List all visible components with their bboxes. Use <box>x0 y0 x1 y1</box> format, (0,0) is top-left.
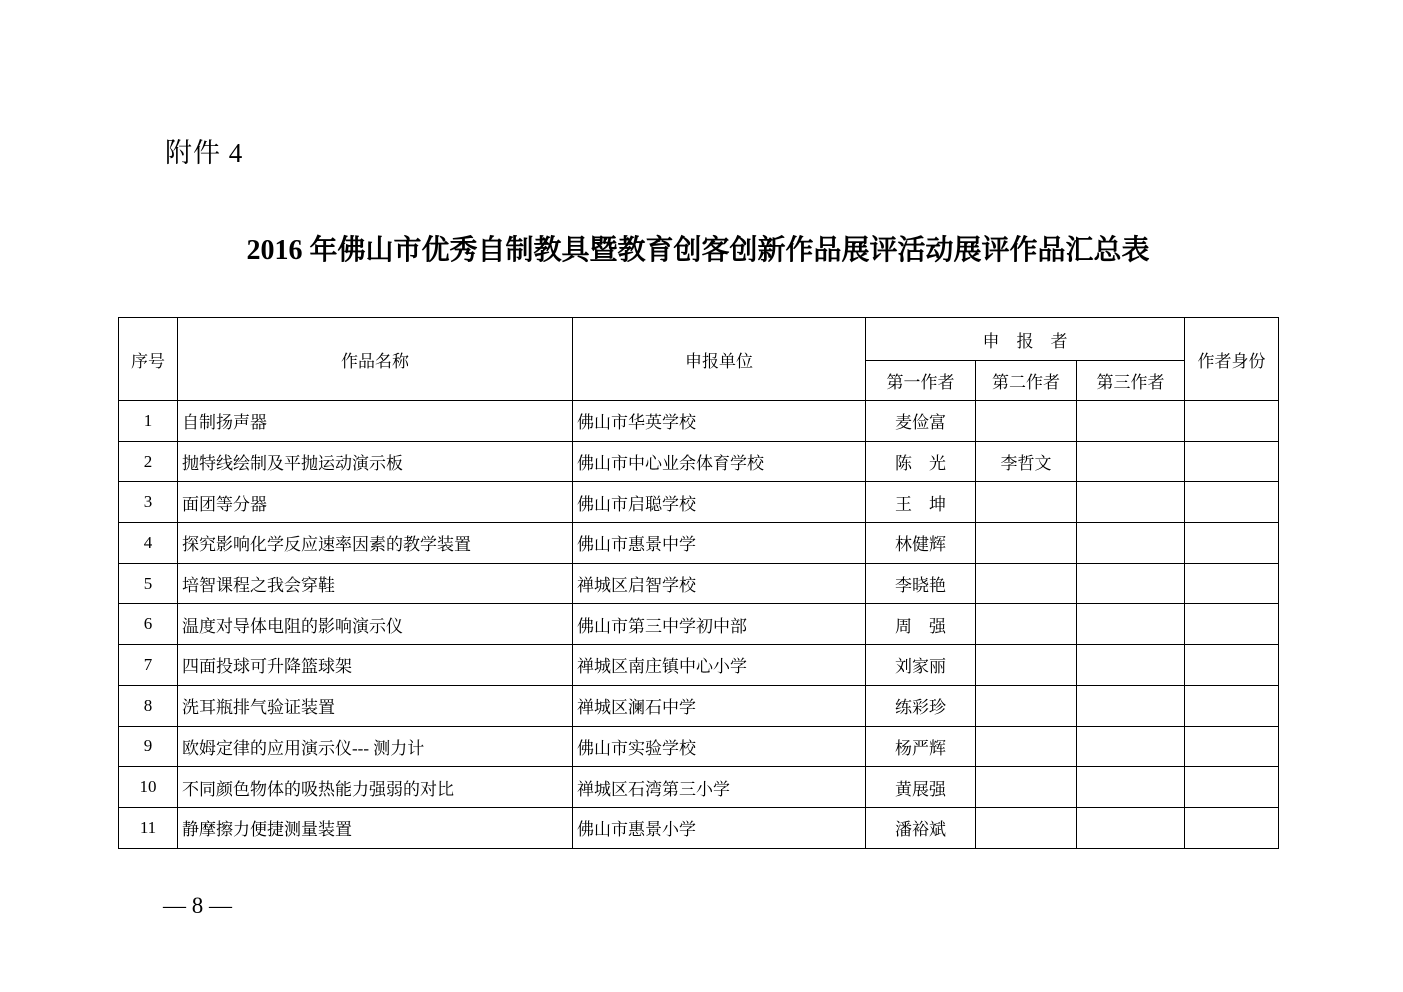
unit-cell: 禅城区石湾第三小学 <box>573 767 866 808</box>
third-author-cell <box>1077 482 1185 523</box>
work-name-cell: 欧姆定律的应用演示仪--- 测力计 <box>178 726 573 767</box>
table-row: 7 四面投球可升降篮球架 禅城区南庄镇中心小学 刘家丽 <box>119 645 1279 686</box>
row-number-cell: 10 <box>119 767 178 808</box>
table-row: 8 洗耳瓶排气验证装置 禅城区澜石中学 练彩珍 <box>119 685 1279 726</box>
second-author-cell <box>976 523 1077 564</box>
work-name-cell: 抛特线绘制及平抛运动演示板 <box>178 441 573 482</box>
table-body: 1 自制扬声器 佛山市华英学校 麦俭富 2 抛特线绘制及平抛运动演示板 佛山市中… <box>119 401 1279 849</box>
identity-cell <box>1185 523 1279 564</box>
identity-cell <box>1185 726 1279 767</box>
unit-cell: 佛山市惠景中学 <box>573 523 866 564</box>
row-number-cell: 4 <box>119 523 178 564</box>
row-number-cell: 3 <box>119 482 178 523</box>
third-author-cell <box>1077 441 1185 482</box>
third-author-cell <box>1077 767 1185 808</box>
unit-cell: 禅城区澜石中学 <box>573 685 866 726</box>
first-author-cell: 周 强 <box>866 604 976 645</box>
first-author-cell: 潘裕斌 <box>866 807 976 848</box>
table-row: 1 自制扬声器 佛山市华英学校 麦俭富 <box>119 401 1279 442</box>
header-no: 序号 <box>119 318 178 401</box>
second-author-cell <box>976 604 1077 645</box>
unit-cell: 佛山市惠景小学 <box>573 807 866 848</box>
third-author-cell <box>1077 807 1185 848</box>
row-number-cell: 5 <box>119 563 178 604</box>
row-number-cell: 2 <box>119 441 178 482</box>
identity-cell <box>1185 441 1279 482</box>
first-author-cell: 陈 光 <box>866 441 976 482</box>
third-author-cell <box>1077 563 1185 604</box>
identity-cell <box>1185 767 1279 808</box>
first-author-cell: 王 坤 <box>866 482 976 523</box>
third-author-cell <box>1077 604 1185 645</box>
work-name-cell: 培智课程之我会穿鞋 <box>178 563 573 604</box>
table-row: 4 探究影响化学反应速率因素的教学装置 佛山市惠景中学 林健辉 <box>119 523 1279 564</box>
identity-cell <box>1185 563 1279 604</box>
table-row: 6 温度对导体电阻的影响演示仪 佛山市第三中学初中部 周 强 <box>119 604 1279 645</box>
table-row: 2 抛特线绘制及平抛运动演示板 佛山市中心业余体育学校 陈 光 李哲文 <box>119 441 1279 482</box>
row-number-cell: 8 <box>119 685 178 726</box>
first-author-cell: 黄展强 <box>866 767 976 808</box>
unit-cell: 佛山市华英学校 <box>573 401 866 442</box>
work-name-cell: 静摩擦力便捷测量装置 <box>178 807 573 848</box>
header-work-name: 作品名称 <box>178 318 573 401</box>
row-number-cell: 1 <box>119 401 178 442</box>
first-author-cell: 李晓艳 <box>866 563 976 604</box>
second-author-cell <box>976 645 1077 686</box>
first-author-cell: 杨严辉 <box>866 726 976 767</box>
row-number-cell: 7 <box>119 645 178 686</box>
second-author-cell <box>976 482 1077 523</box>
third-author-cell <box>1077 645 1185 686</box>
row-number-cell: 11 <box>119 807 178 848</box>
third-author-cell <box>1077 401 1185 442</box>
unit-cell: 佛山市中心业余体育学校 <box>573 441 866 482</box>
work-name-cell: 探究影响化学反应速率因素的教学装置 <box>178 523 573 564</box>
second-author-cell <box>976 401 1077 442</box>
work-name-cell: 洗耳瓶排气验证装置 <box>178 685 573 726</box>
table-row: 5 培智课程之我会穿鞋 禅城区启智学校 李晓艳 <box>119 563 1279 604</box>
header-applicants-group: 申 报 者 <box>866 318 1185 361</box>
identity-cell <box>1185 807 1279 848</box>
table-row: 11 静摩擦力便捷测量装置 佛山市惠景小学 潘裕斌 <box>119 807 1279 848</box>
unit-cell: 佛山市启聪学校 <box>573 482 866 523</box>
identity-cell <box>1185 645 1279 686</box>
header-first-author: 第一作者 <box>866 361 976 401</box>
second-author-cell: 李哲文 <box>976 441 1077 482</box>
page-title: 2016 年佛山市优秀自制教具暨教育创客创新作品展评活动展评作品汇总表 <box>118 228 1278 268</box>
header-unit: 申报单位 <box>573 318 866 401</box>
summary-table: 序号 作品名称 申报单位 申 报 者 作者身份 第一作者 第二作者 第三作者 1… <box>118 317 1279 849</box>
work-name-cell: 温度对导体电阻的影响演示仪 <box>178 604 573 645</box>
unit-cell: 禅城区南庄镇中心小学 <box>573 645 866 686</box>
document-page: 附件 4 2016 年佛山市优秀自制教具暨教育创客创新作品展评活动展评作品汇总表… <box>0 0 1403 992</box>
header-author-identity: 作者身份 <box>1185 318 1279 401</box>
second-author-cell <box>976 726 1077 767</box>
second-author-cell <box>976 807 1077 848</box>
first-author-cell: 麦俭富 <box>866 401 976 442</box>
work-name-cell: 不同颜色物体的吸热能力强弱的对比 <box>178 767 573 808</box>
attachment-label: 附件 4 <box>165 131 243 170</box>
work-name-cell: 面团等分器 <box>178 482 573 523</box>
row-number-cell: 6 <box>119 604 178 645</box>
unit-cell: 佛山市第三中学初中部 <box>573 604 866 645</box>
identity-cell <box>1185 685 1279 726</box>
table-row: 10 不同颜色物体的吸热能力强弱的对比 禅城区石湾第三小学 黄展强 <box>119 767 1279 808</box>
third-author-cell <box>1077 523 1185 564</box>
second-author-cell <box>976 685 1077 726</box>
header-third-author: 第三作者 <box>1077 361 1185 401</box>
header-second-author: 第二作者 <box>976 361 1077 401</box>
unit-cell: 佛山市实验学校 <box>573 726 866 767</box>
work-name-cell: 四面投球可升降篮球架 <box>178 645 573 686</box>
first-author-cell: 练彩珍 <box>866 685 976 726</box>
table-row: 3 面团等分器 佛山市启聪学校 王 坤 <box>119 482 1279 523</box>
identity-cell <box>1185 482 1279 523</box>
table-row: 9 欧姆定律的应用演示仪--- 测力计 佛山市实验学校 杨严辉 <box>119 726 1279 767</box>
work-name-cell: 自制扬声器 <box>178 401 573 442</box>
third-author-cell <box>1077 726 1185 767</box>
row-number-cell: 9 <box>119 726 178 767</box>
third-author-cell <box>1077 685 1185 726</box>
first-author-cell: 刘家丽 <box>866 645 976 686</box>
second-author-cell <box>976 767 1077 808</box>
table-header: 序号 作品名称 申报单位 申 报 者 作者身份 第一作者 第二作者 第三作者 <box>119 318 1279 401</box>
second-author-cell <box>976 563 1077 604</box>
identity-cell <box>1185 604 1279 645</box>
identity-cell <box>1185 401 1279 442</box>
page-number: — 8 — <box>163 893 232 919</box>
first-author-cell: 林健辉 <box>866 523 976 564</box>
unit-cell: 禅城区启智学校 <box>573 563 866 604</box>
